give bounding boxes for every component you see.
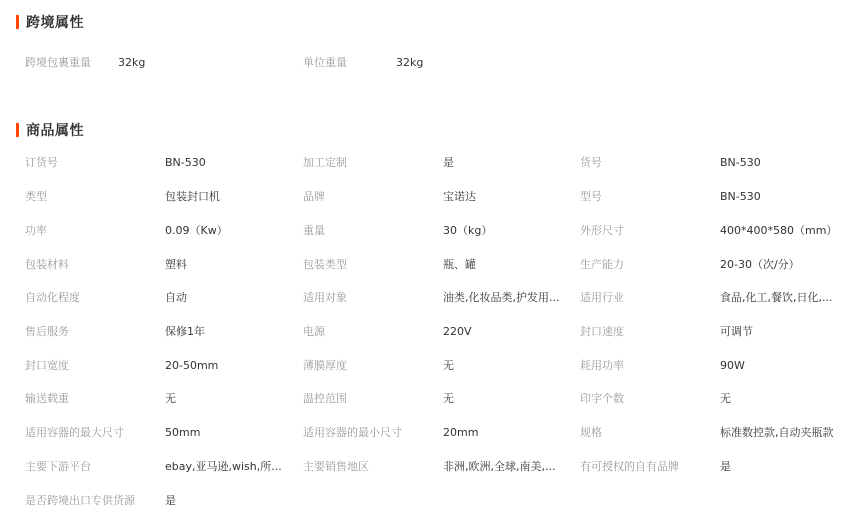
attr-value-applicable-industry: 食品,化工,餐饮,日化,... xyxy=(720,291,832,305)
attr-value-min-container-size: 20mm xyxy=(443,426,478,440)
attr-value-capacity: 20-30（次/分） xyxy=(720,258,800,272)
attr-label-temp-range: 温控范围 xyxy=(303,392,347,406)
attr-label-dimensions: 外形尺寸 xyxy=(580,224,624,238)
attr-label-print-chars: 印字个数 xyxy=(580,392,624,406)
attr-label-type: 类型 xyxy=(25,190,47,204)
attr-value-power-consumption: 90W xyxy=(720,359,745,373)
attr-value-power: 0.09（Kw） xyxy=(165,224,228,238)
attr-value-after-sales: 保修1年 xyxy=(165,325,205,339)
attr-value-max-container-size: 50mm xyxy=(165,426,200,440)
attr-value-dimensions: 400*400*580（mm） xyxy=(720,224,837,238)
cross-border-title: 跨境属性 xyxy=(26,12,84,32)
product-section-title: 商品属性 xyxy=(16,121,84,139)
attr-label-power-source: 电源 xyxy=(303,325,325,339)
attr-label-after-sales: 售后服务 xyxy=(25,325,69,339)
attr-label-applicable-objects: 适用对象 xyxy=(303,291,347,305)
attr-label-model: 型号 xyxy=(580,190,602,204)
attr-value-power-source: 220V xyxy=(443,325,472,339)
attr-label-export-exclusive: 是否跨境出口专供货源 xyxy=(25,494,135,508)
attr-label-specification: 规格 xyxy=(580,426,602,440)
attr-label-sales-regions: 主要销售地区 xyxy=(303,460,369,474)
attr-value-specification: 标准数控款,自动夹瓶款 xyxy=(720,426,834,440)
attr-value-automation: 自动 xyxy=(165,291,187,305)
attr-label-max-container-size: 适用容器的最大尺寸 xyxy=(25,426,124,440)
attr-value-own-brand: 是 xyxy=(720,460,731,474)
attr-label-unit-weight: 单位重量 xyxy=(303,56,347,70)
attr-value-applicable-objects: 油类,化妆品类,护发用... xyxy=(443,291,559,305)
attr-value-model: BN-530 xyxy=(720,190,761,204)
attr-label-order-number: 订货号 xyxy=(25,156,58,170)
attr-label-packaging-material: 包装材料 xyxy=(25,258,69,272)
attr-value-downstream-platforms: ebay,亚马逊,wish,所... xyxy=(165,460,282,474)
attr-label-power-consumption: 耗用功率 xyxy=(580,359,624,373)
attr-label-item-number: 货号 xyxy=(580,156,602,170)
attr-label-film-thickness: 薄膜厚度 xyxy=(303,359,347,373)
attr-label-custom-processing: 加工定制 xyxy=(303,156,347,170)
attr-value-weight: 30（kg） xyxy=(443,224,492,238)
attr-label-min-container-size: 适用容器的最小尺寸 xyxy=(303,426,402,440)
attr-value-type: 包装封口机 xyxy=(165,190,220,204)
attr-label-weight: 重量 xyxy=(303,224,325,238)
attr-value-conveyor-load: 无 xyxy=(165,392,176,406)
attr-label-sealing-speed: 封口速度 xyxy=(580,325,624,339)
attr-label-conveyor-load: 输送载重 xyxy=(25,392,69,406)
attr-label-capacity: 生产能力 xyxy=(580,258,624,272)
attr-value-sealing-width: 20-50mm xyxy=(165,359,218,373)
attr-label-brand: 品牌 xyxy=(303,190,325,204)
attr-value-brand: 宝诺达 xyxy=(443,190,476,204)
attr-value-item-number: BN-530 xyxy=(720,156,761,170)
attr-value-custom-processing: 是 xyxy=(443,156,454,170)
attr-value-package-weight: 32kg xyxy=(118,56,145,70)
attr-label-downstream-platforms: 主要下游平台 xyxy=(25,460,91,474)
accent-bar xyxy=(16,15,19,29)
attr-value-film-thickness: 无 xyxy=(443,359,454,373)
cross-border-section-title: 跨境属性 xyxy=(16,13,84,31)
attr-label-packaging-type: 包装类型 xyxy=(303,258,347,272)
attr-value-order-number: BN-530 xyxy=(165,156,206,170)
accent-bar xyxy=(16,123,19,137)
attr-value-sales-regions: 非洲,欧洲,全球,南美,... xyxy=(443,460,555,474)
product-title: 商品属性 xyxy=(26,120,84,140)
attr-label-own-brand: 有可授权的自有品牌 xyxy=(580,460,679,474)
attr-label-applicable-industry: 适用行业 xyxy=(580,291,624,305)
attr-value-temp-range: 无 xyxy=(443,392,454,406)
attr-value-packaging-type: 瓶、罐 xyxy=(443,258,476,272)
attr-value-export-exclusive: 是 xyxy=(165,494,176,508)
attr-value-print-chars: 无 xyxy=(720,392,731,406)
attr-label-sealing-width: 封口宽度 xyxy=(25,359,69,373)
attr-label-package-weight: 跨境包裹重量 xyxy=(25,56,91,70)
attr-label-automation: 自动化程度 xyxy=(25,291,80,305)
attr-value-sealing-speed: 可调节 xyxy=(720,325,753,339)
attr-label-power: 功率 xyxy=(25,224,47,238)
attr-value-packaging-material: 塑料 xyxy=(165,258,187,272)
attr-value-unit-weight: 32kg xyxy=(396,56,423,70)
